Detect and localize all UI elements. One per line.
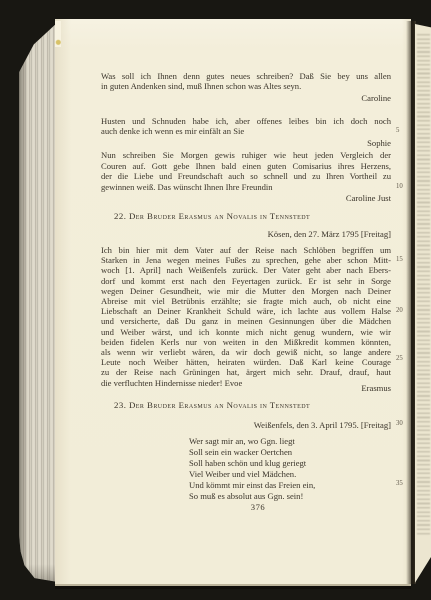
letter-22-body: Ich bin hier mit dem Vater auf der Reise… bbox=[101, 245, 391, 388]
text-line: gewinnen weiß. Das wünscht Ihnen Ihre Fr… bbox=[101, 182, 391, 193]
margin-number: 10 bbox=[396, 183, 403, 190]
text-line: zu der Reise nach Grüningen hat, ärgert … bbox=[101, 367, 391, 377]
text-line: und Weiber wärst, und ich konnte mich ni… bbox=[101, 327, 391, 337]
poem-line: Wer sagt mir an, wo Ggn. liegt bbox=[189, 436, 431, 447]
margin-number: 25 bbox=[396, 355, 403, 362]
text-line: Was soll ich Ihnen denn gutes neues schr… bbox=[101, 71, 391, 81]
book-page: Was soll ich Ihnen denn gutes neues schr… bbox=[55, 19, 411, 586]
text-line: Nun schreiben Sie Morgen gewis ruhiger w… bbox=[101, 150, 391, 161]
text-line: beiden fidelen Kerls nur von weiten in d… bbox=[101, 337, 391, 347]
letter-23-heading: 23. Der Bruder Erasmus an Novalis in Ten… bbox=[101, 400, 404, 410]
text-line: wegen Deiner Gesundheit, wie mir die Mut… bbox=[101, 286, 391, 296]
poem-line: Soll sein ein wacker Oertchen bbox=[189, 447, 431, 458]
text-line: als wenn wir verliebt wären, da wir doch… bbox=[101, 347, 391, 357]
text-line: Leute noch Weiber hätten, heiraten würde… bbox=[101, 357, 391, 367]
text-line: Abreise mit viel Betrübnis erzählte; sie… bbox=[101, 296, 391, 306]
poem-line: So muß es absolut aus Ggn. sein! bbox=[189, 491, 431, 502]
signature-caroline-just: Caroline Just bbox=[101, 193, 392, 203]
page-top-notch bbox=[55, 21, 61, 47]
text-line: der die Liebe und Freundschaft auch so s… bbox=[101, 171, 391, 182]
margin-number: 5 bbox=[396, 127, 399, 134]
text-line: dorf und kommt erst nach den Feyertagen … bbox=[101, 276, 391, 286]
letter-22-dateline: Kösen, den 27. März 1795 [Freitag] bbox=[101, 229, 391, 239]
margin-number: 20 bbox=[396, 307, 403, 314]
signature-caroline: Caroline bbox=[101, 93, 399, 103]
letter-fragment-caroline: Was soll ich Ihnen denn gutes neues schr… bbox=[101, 71, 391, 91]
text-line: Ich bin hier mit dem Vater auf der Reise… bbox=[101, 245, 391, 255]
letter-22-heading: 22. Der Bruder Erasmus an Novalis in Ten… bbox=[101, 211, 404, 221]
signature-erasmus: Erasmus bbox=[101, 383, 419, 393]
margin-number: 35 bbox=[396, 480, 403, 487]
text-line: in guten Andenken sind, muß Ihnen schon … bbox=[101, 81, 391, 91]
text-line: Liebschaft an Deiner Krankheit Schuld wä… bbox=[101, 306, 391, 316]
text-line: woch [1. April] nach Weißenfels zurück. … bbox=[101, 265, 391, 275]
letter-fragment-sophie: Husten und Schnuden habe ich, aber offen… bbox=[101, 116, 391, 136]
facing-page-sliver bbox=[415, 24, 431, 585]
poem-line: Viel Weiber und viel Mädchen. bbox=[189, 469, 431, 480]
letter-23-poem: Wer sagt mir an, wo Ggn. liegt Soll sein… bbox=[101, 436, 431, 502]
poem-line: Und kömmt mir einst das Freien ein, bbox=[189, 480, 431, 491]
text-line: auch denke ich wenn es mir einfält an Si… bbox=[101, 126, 391, 136]
text-line: Couren auf. Gott gebe Ihnen bald einen g… bbox=[101, 161, 391, 172]
signature-sophie: Sophie bbox=[101, 138, 395, 148]
text-line: Starken in Jena wegen meines Fußes zu sp… bbox=[101, 255, 391, 265]
margin-number: 30 bbox=[396, 420, 403, 427]
page-number: 376 bbox=[101, 502, 403, 512]
page-gutter-shadow bbox=[406, 21, 416, 584]
page-stack-edge bbox=[19, 22, 58, 582]
margin-number: 15 bbox=[396, 256, 403, 263]
poem-line: Soll haben schön und klug geriegt bbox=[189, 458, 431, 469]
text-line: Husten und Schnuden habe ich, aber offen… bbox=[101, 116, 391, 126]
book-backdrop: Was soll ich Ihnen denn gutes neues schr… bbox=[0, 0, 431, 600]
letter-23-dateline: Weißenfels, den 3. April 1795. [Freitag] bbox=[101, 420, 391, 430]
letter-fragment-caroline-just: Nun schreiben Sie Morgen gewis ruhiger w… bbox=[101, 150, 391, 192]
facing-page-bleedthrough-text bbox=[417, 34, 430, 537]
text-line: und versicherte, daß Du ganz in meinen G… bbox=[101, 316, 391, 326]
